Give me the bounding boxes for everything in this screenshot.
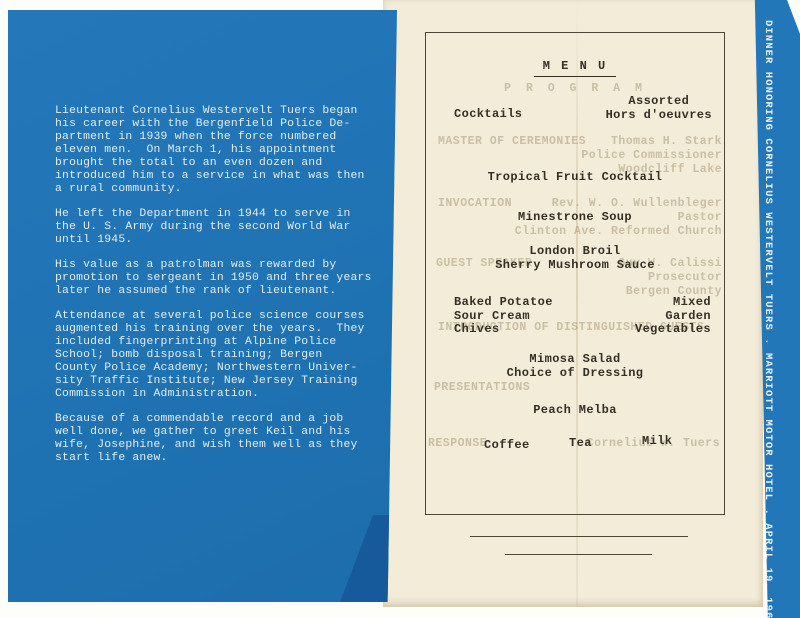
menu-side-vegetables: Mixed Garden Vegetables [635, 296, 711, 337]
bio-paragraph: Because of a commendable record and a jo… [55, 413, 377, 465]
program-cover: Lieutenant Cornelius Westervelt Tuers be… [8, 10, 397, 602]
ghost-mc-label: MASTER OF CEREMONIES [438, 135, 586, 149]
menu-main-course: London Broil Sherry Mushroom Sauce [426, 245, 724, 272]
menu-cocktails: Cocktails [454, 108, 522, 122]
ghost-response-label: RESPONSE [428, 437, 487, 451]
bio-paragraph: Lieutenant Cornelius Westervelt Tuers be… [55, 105, 377, 196]
menu-title-text: M E N U [534, 60, 616, 77]
biography-text: Lieutenant Cornelius Westervelt Tuers be… [55, 105, 377, 477]
menu-paper: P R O G R A M MASTER OF CEREMONIES Thoma… [383, 0, 763, 607]
menu-hors-doeuvres: Assorted Hors d'oeuvres [606, 95, 712, 122]
bio-paragraph: His value as a patrolman was rewarded by… [55, 259, 377, 298]
scanned-program: P R O G R A M MASTER OF CEREMONIES Thoma… [0, 0, 800, 618]
menu-beverage-milk: Milk [642, 435, 672, 449]
bio-paragraph: Attendance at several police science cou… [55, 310, 377, 401]
menu-beverage-coffee: Coffee [484, 439, 530, 453]
cover-fold-shadow [340, 515, 396, 602]
signature-rule-long [470, 536, 688, 537]
menu-dessert: Peach Melba [426, 404, 724, 418]
ghost-presentations-label: PRESENTATIONS [434, 381, 530, 395]
menu-beverage-tea: Tea [569, 437, 592, 451]
spine-caption: DINNER HONORING CORNELIUS WESTERVELT TUE… [762, 20, 774, 612]
menu-side-potato: Baked Potatoe Sour Cream Chives [454, 296, 553, 337]
menu-fruit-cocktail: Tropical Fruit Cocktail [426, 171, 724, 185]
bio-paragraph: He left the Department in 1944 to serve … [55, 208, 377, 247]
menu-salad: Mimosa Salad Choice of Dressing [426, 353, 724, 380]
signature-rule-short [505, 554, 652, 555]
menu-title: M E N U [426, 60, 724, 77]
menu-card: P R O G R A M MASTER OF CEREMONIES Thoma… [425, 32, 725, 515]
menu-soup: Minestrone Soup [426, 211, 724, 225]
ghost-invocation-label: INVOCATION [438, 197, 512, 211]
